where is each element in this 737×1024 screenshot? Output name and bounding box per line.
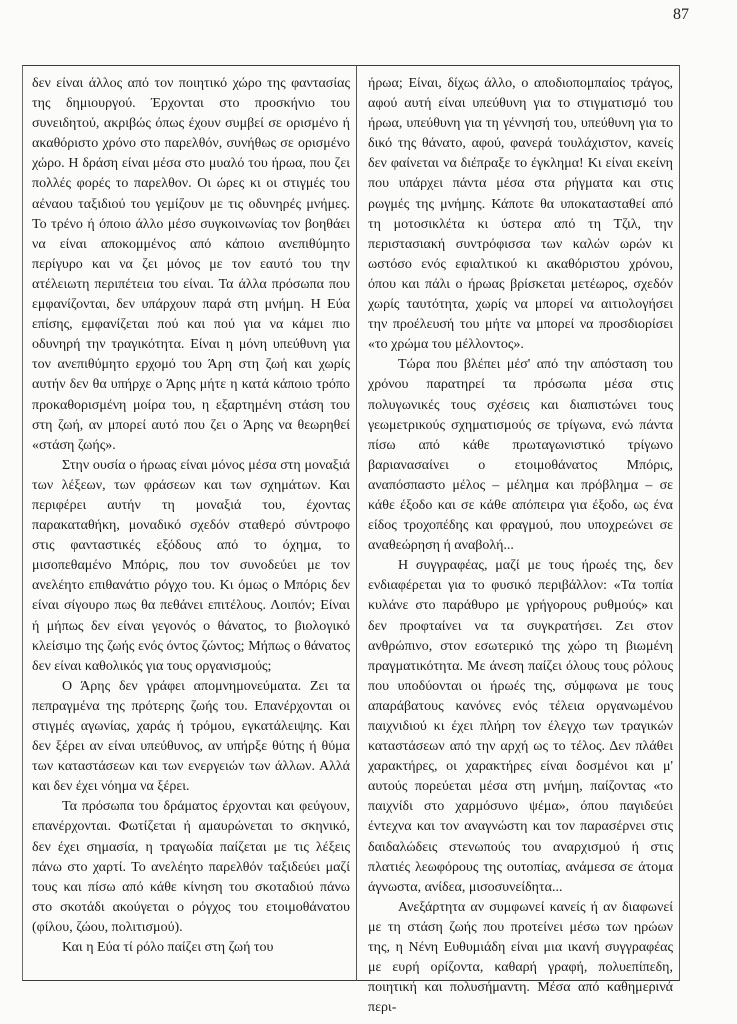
right-column: ήρωα; Είναι, δίχως άλλο, ο αποδιοπομπαίο… <box>368 74 673 1018</box>
paragraph: Ανεξάρτητα αν συμφωνεί κανείς ή αν διαφω… <box>368 898 673 1019</box>
paragraph: Τώρα που βλέπει μέσ' από την απόσταση το… <box>368 355 673 556</box>
paragraph: Ο Άρης δεν γράφει απομνημονεύματα. Ζει τ… <box>32 677 350 798</box>
paragraph: Τα πρόσωπα του δράματος έρχονται και φεύ… <box>32 797 350 938</box>
paragraph: Στην ουσία ο ήρωας είναι μόνος μέσα στη … <box>32 456 350 677</box>
paragraph: ήρωα; Είναι, δίχως άλλο, ο αποδιοπομπαίο… <box>368 74 673 355</box>
paragraph: Η συγγραφέας, μαζί με τους ήρωές της, δε… <box>368 556 673 898</box>
paragraph: δεν είναι άλλος από τον ποιητικό χώρο τη… <box>32 74 350 456</box>
paragraph: Και η Εύα τί ρόλο παίζει στη ζωή του <box>32 938 350 958</box>
left-column: δεν είναι άλλος από τον ποιητικό χώρο τη… <box>32 74 350 958</box>
column-divider <box>356 65 357 981</box>
page-number: 87 <box>673 6 689 24</box>
